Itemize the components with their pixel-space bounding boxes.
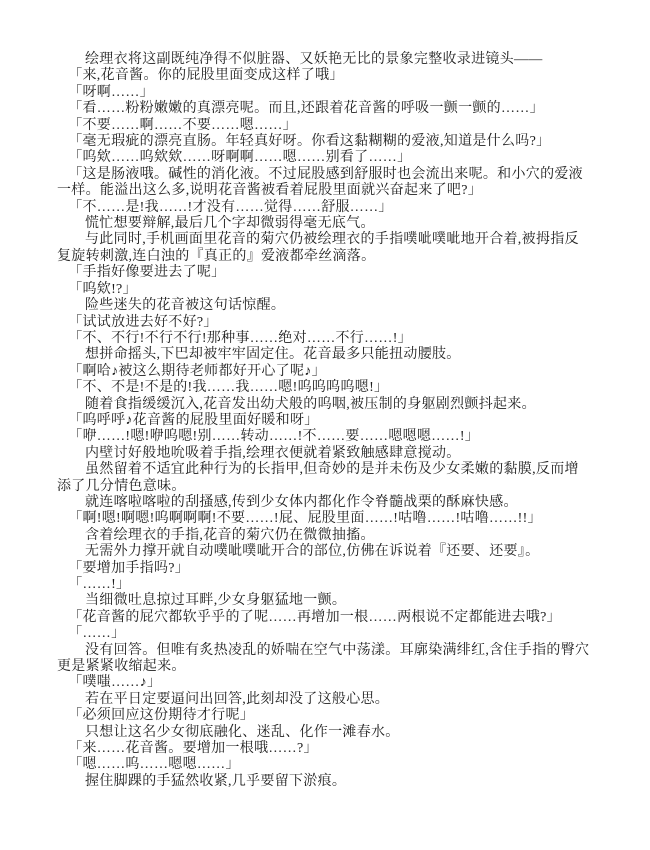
narration-line: 当细微吐息掠过耳畔,少女身躯猛地一颤。 (57, 593, 593, 609)
narration-line: 含着绘理衣的手指,花音的菊穴仍在微微抽搐。 (57, 528, 593, 544)
narration-line: 随着食指缓缓沉入,花音发出幼犬般的呜咽,被压制的身躯剧烈颤抖起来。 (57, 397, 593, 413)
narration-line: 若在平日定要逼问出回答,此刻却没了这般心思。 (57, 692, 593, 708)
narration-line: 与此同时,手机画面里花音的菊穴仍被绘理衣的手指噗呲噗呲地开合着,被拇指反复旋转刺… (57, 232, 593, 265)
dialogue-line: 「看……粉粉嫩嫩的真漂亮呢。而且,还跟着花音酱的呼吸一颤一颤的……」 (57, 101, 593, 117)
dialogue-line: 「试试放进去好不好?」 (57, 315, 593, 331)
dialogue-line: 「来,花音酱。你的屁股里面变成这样了哦」 (57, 68, 593, 84)
narration-line: 没有回答。但唯有炙热凌乱的娇喘在空气中荡漾。耳廓染满绯红,含住手指的臀穴更是紧紧… (57, 643, 593, 676)
dialogue-line: 「必须回应这份期待才行呢」 (57, 708, 593, 724)
narration-line: 只想让这名少女彻底融化、迷乱、化作一滩春水。 (57, 725, 593, 741)
narration-line: 握住脚踝的手猛然收紧,几乎要留下淤痕。 (57, 774, 593, 790)
dialogue-line: 「……!」 (57, 577, 593, 593)
dialogue-line: 「手指好像要进去了呢」 (57, 265, 593, 281)
text-body: 绘理衣将这副既纯净得不似脏器、又妖艳无比的景象完整收录进镜头——「来,花音酱。你… (57, 52, 593, 790)
dialogue-line: 「咿……!嗯!咿呜嗯!别……转动……!不……要……嗯嗯嗯……!」 (57, 429, 593, 445)
narration-line: 无需外力撑开就自动噗呲噗呲开合的部位,仿佛在诉说着『还要、还要』。 (57, 544, 593, 560)
narration-line: 险些迷失的花音被这句话惊醒。 (57, 298, 593, 314)
dialogue-line: 「呜呼呼♪花音酱的屁股里面好暖和呀」 (57, 413, 593, 429)
novel-page: 绘理衣将这副既纯净得不似脏器、又妖艳无比的景象完整收录进镜头——「来,花音酱。你… (0, 0, 650, 850)
dialogue-line: 「……」 (57, 626, 593, 642)
dialogue-line: 「呀啊……」 (57, 85, 593, 101)
dialogue-line: 「啊哈♪被这么期待老师都好开心了呢♪」 (57, 364, 593, 380)
dialogue-line: 「要增加手指吗?」 (57, 561, 593, 577)
narration-line: 内壁讨好般地吮吸着手指,绘理衣便就着紧致触感肆意搅动。 (57, 446, 593, 462)
dialogue-line: 「啊!嗯!啊嗯!呜啊啊啊!不要……!屁、屁股里面……!咕噜……!咕噜……!!」 (57, 511, 593, 527)
dialogue-line: 「毫无瑕疵的漂亮直肠。年轻真好呀。你看这黏糊糊的爱液,知道是什么吗?」 (57, 134, 593, 150)
dialogue-line: 「来……花音酱。要增加一根哦……?」 (57, 741, 593, 757)
dialogue-line: 「不……是!我……!才没有……觉得……舒服……」 (57, 200, 593, 216)
dialogue-line: 「不、不行!不行不行!那种事……绝对……不行……!」 (57, 331, 593, 347)
narration-line: 慌忙想要辩解,最后几个字却微弱得毫无底气。 (57, 216, 593, 232)
narration-line: 绘理衣将这副既纯净得不似脏器、又妖艳无比的景象完整收录进镜头—— (57, 52, 593, 68)
dialogue-line: 「这是肠液哦。碱性的消化液。不过屁股感到舒服时也会流出来呢。和小穴的爱液一样。能… (57, 167, 593, 200)
dialogue-line: 「不、不是!不是的!我……我……嗯!呜呜呜呜嗯!」 (57, 380, 593, 396)
narration-line: 想拼命摇头,下巴却被牢牢固定住。花音最多只能扭动腰肢。 (57, 347, 593, 363)
dialogue-line: 「不要……啊……不要……嗯……」 (57, 118, 593, 134)
dialogue-line: 「花音酱的屁穴都软乎乎的了呢……再增加一根……两根说不定都能进去哦?」 (57, 610, 593, 626)
dialogue-line: 「呜欸!?」 (57, 282, 593, 298)
narration-line: 虽然留着不适宜此种行为的长指甲,但奇妙的是并未伤及少女柔嫩的黏膜,反而增添了几分… (57, 462, 593, 495)
dialogue-line: 「呜欸……呜欸欸……呀啊啊……嗯……别看了……」 (57, 150, 593, 166)
narration-line: 就连喀啦喀啦的刮搔感,传到少女体内都化作令脊髓战栗的酥麻快感。 (57, 495, 593, 511)
dialogue-line: 「嗯……呜……嗯嗯……」 (57, 757, 593, 773)
dialogue-line: 「噗嗤……♪」 (57, 675, 593, 691)
